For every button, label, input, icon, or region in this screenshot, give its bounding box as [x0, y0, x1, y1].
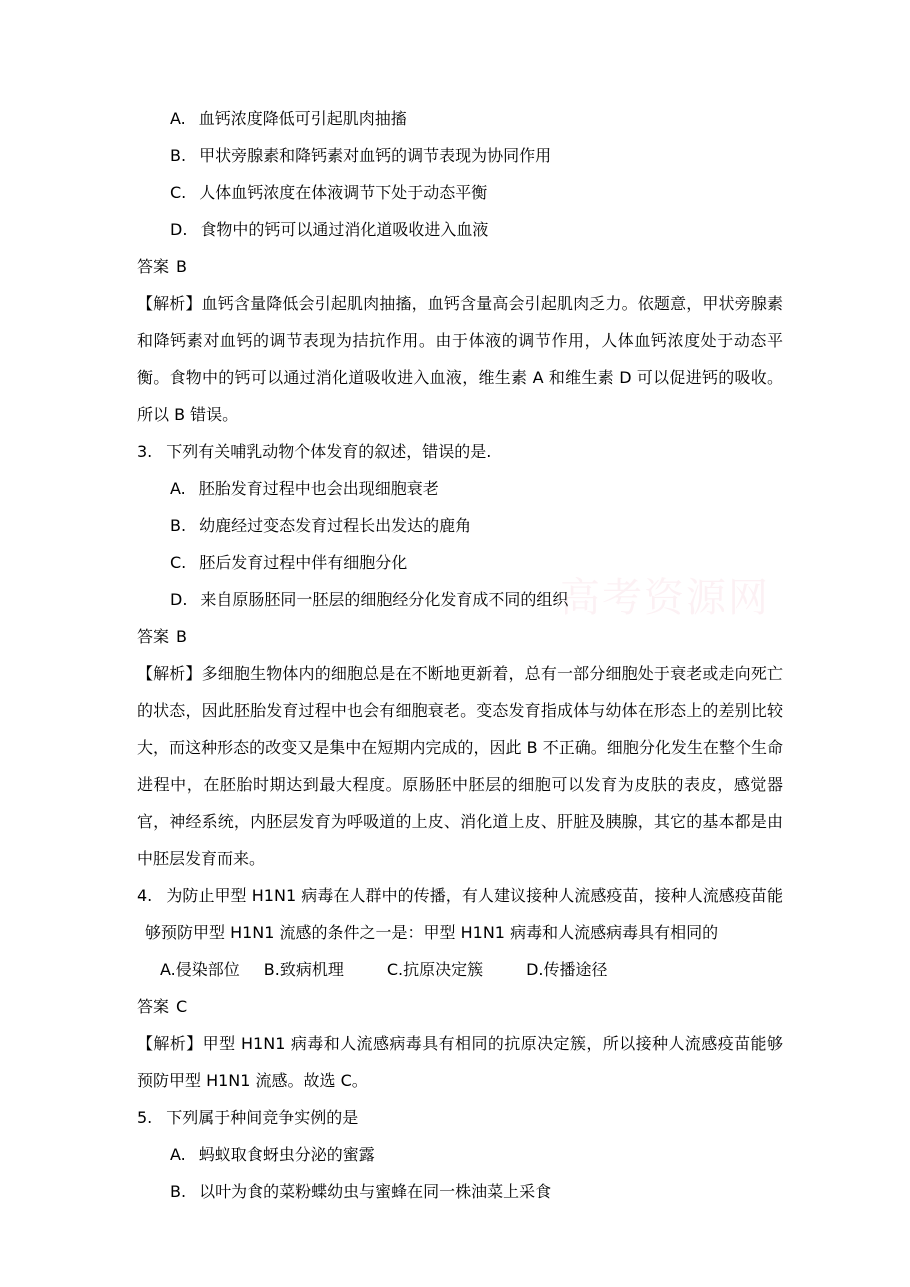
question-number: 4. [137, 886, 152, 905]
option-text: 血钙浓度降低可引起肌肉抽搐 [199, 109, 407, 128]
option-line-c: C.胚后发育过程中伴有细胞分化 [170, 544, 783, 581]
answer-label: 答案 [137, 997, 169, 1016]
question-block-4: 4.为防止甲型 H1N1 病毒在人群中的传播，有人建议接种人流感疫苗，接种人流感… [137, 877, 783, 1099]
option-line-b: B.幼鹿经过变态发育过程长出发达的鹿角 [170, 507, 783, 544]
option-text: 胚后发育过程中伴有细胞分化 [199, 553, 407, 572]
option-label: C. [170, 553, 186, 572]
option-inline-d: D.传播途径 [526, 951, 607, 988]
option-text: 以叶为食的菜粉蝶幼虫与蜜蜂在同一株油菜上采食 [199, 1182, 551, 1201]
option-label: B. [170, 1182, 186, 1201]
option-line-d: D.食物中的钙可以通过消化道吸收进入血液 [170, 211, 783, 248]
answer-value: C [176, 997, 187, 1016]
question-block-5: 5.下列属于种间竞争实例的是 A.蚂蚁取食蚜虫分泌的蜜露 B.以叶为食的菜粉蝶幼… [137, 1099, 783, 1210]
question-text: 下列属于种间竞争实例的是 [166, 1108, 358, 1127]
option-line-b: B.甲状旁腺素和降钙素对血钙的调节表现为协同作用 [170, 137, 783, 174]
option-text: 人体血钙浓度在体液调节下处于动态平衡 [199, 183, 487, 202]
option-line-c: C.人体血钙浓度在体液调节下处于动态平衡 [170, 174, 783, 211]
question-stem: 3.下列有关哺乳动物个体发育的叙述，错误的是. [145, 433, 783, 470]
answer-label: 答案 [137, 257, 169, 276]
option-inline-a: A.侵染部位 [160, 951, 240, 988]
question-text: 为防止甲型 H1N1 病毒在人群中的传播，有人建议接种人流感疫苗，接种人流感疫苗… [145, 886, 783, 942]
option-text: 蚂蚁取食蚜虫分泌的蜜露 [199, 1145, 375, 1164]
option-line-d: D.来自原肠胚同一胚层的细胞经分化发育成不同的组织 [170, 581, 783, 618]
answer-line: 答案B [137, 248, 783, 285]
answer-line: 答案C [137, 988, 783, 1025]
option-label: B. [170, 516, 186, 535]
option-line-a: A.蚂蚁取食蚜虫分泌的蜜露 [170, 1136, 783, 1173]
question-block-2: A.血钙浓度降低可引起肌肉抽搐 B.甲状旁腺素和降钙素对血钙的调节表现为协同作用… [137, 100, 783, 433]
analysis-paragraph: 【解析】甲型 H1N1 病毒和人流感病毒具有相同的抗原决定簇，所以接种人流感疫苗… [137, 1025, 783, 1099]
option-label: A. [170, 109, 186, 128]
question-block-3: 3.下列有关哺乳动物个体发育的叙述，错误的是. A.胚胎发育过程中也会出现细胞衰… [137, 433, 783, 877]
option-label: D. [170, 590, 187, 609]
option-inline-c: C.抗原决定簇 [387, 951, 483, 988]
analysis-text: 甲型 H1N1 病毒和人流感病毒具有相同的抗原决定簇，所以接种人流感疫苗能够预防… [137, 1034, 783, 1090]
answer-line: 答案B [137, 618, 783, 655]
answer-value: B [176, 257, 187, 276]
question-number: 3. [137, 442, 152, 461]
answer-value: B [176, 627, 187, 646]
option-label: B. [170, 146, 186, 165]
option-line-a: A.血钙浓度降低可引起肌肉抽搐 [170, 100, 783, 137]
option-text: 幼鹿经过变态发育过程长出发达的鹿角 [199, 516, 471, 535]
answer-label: 答案 [137, 627, 169, 646]
option-label: A. [170, 479, 186, 498]
question-number: 5. [137, 1108, 152, 1127]
option-text: 食物中的钙可以通过消化道吸收进入血液 [200, 220, 488, 239]
analysis-text: 多细胞生物体内的细胞总是在不断地更新着，总有一部分细胞处于衰老或走向死亡的状态，… [137, 664, 783, 868]
option-text: 甲状旁腺素和降钙素对血钙的调节表现为协同作用 [199, 146, 551, 165]
analysis-paragraph: 【解析】血钙含量降低会引起肌肉抽搐，血钙含量高会引起肌肉乏力。依题意，甲状旁腺素… [137, 285, 783, 433]
option-row: A.侵染部位B.致病机理C.抗原决定簇D.传播途径 [160, 951, 783, 988]
question-text: 下列有关哺乳动物个体发育的叙述，错误的是. [166, 442, 491, 461]
analysis-label: 【解析】 [137, 294, 202, 313]
option-label: C. [170, 183, 186, 202]
option-inline-b: B.致病机理 [264, 951, 344, 988]
option-text: 胚胎发育过程中也会出现细胞衰老 [199, 479, 439, 498]
option-label: D. [170, 220, 187, 239]
document-content: A.血钙浓度降低可引起肌肉抽搐 B.甲状旁腺素和降钙素对血钙的调节表现为协同作用… [137, 100, 783, 1210]
option-line-a: A.胚胎发育过程中也会出现细胞衰老 [170, 470, 783, 507]
question-stem: 4.为防止甲型 H1N1 病毒在人群中的传播，有人建议接种人流感疫苗，接种人流感… [145, 877, 783, 951]
option-label: A. [170, 1145, 186, 1164]
analysis-text: 血钙含量降低会引起肌肉抽搐，血钙含量高会引起肌肉乏力。依题意，甲状旁腺素和降钙素… [137, 294, 783, 424]
analysis-label: 【解析】 [137, 664, 202, 683]
analysis-label: 【解析】 [137, 1034, 203, 1053]
option-text: 来自原肠胚同一胚层的细胞经分化发育成不同的组织 [200, 590, 568, 609]
analysis-paragraph: 【解析】多细胞生物体内的细胞总是在不断地更新着，总有一部分细胞处于衰老或走向死亡… [137, 655, 783, 877]
question-stem: 5.下列属于种间竞争实例的是 [145, 1099, 783, 1136]
option-line-b: B.以叶为食的菜粉蝶幼虫与蜜蜂在同一株油菜上采食 [170, 1173, 783, 1210]
